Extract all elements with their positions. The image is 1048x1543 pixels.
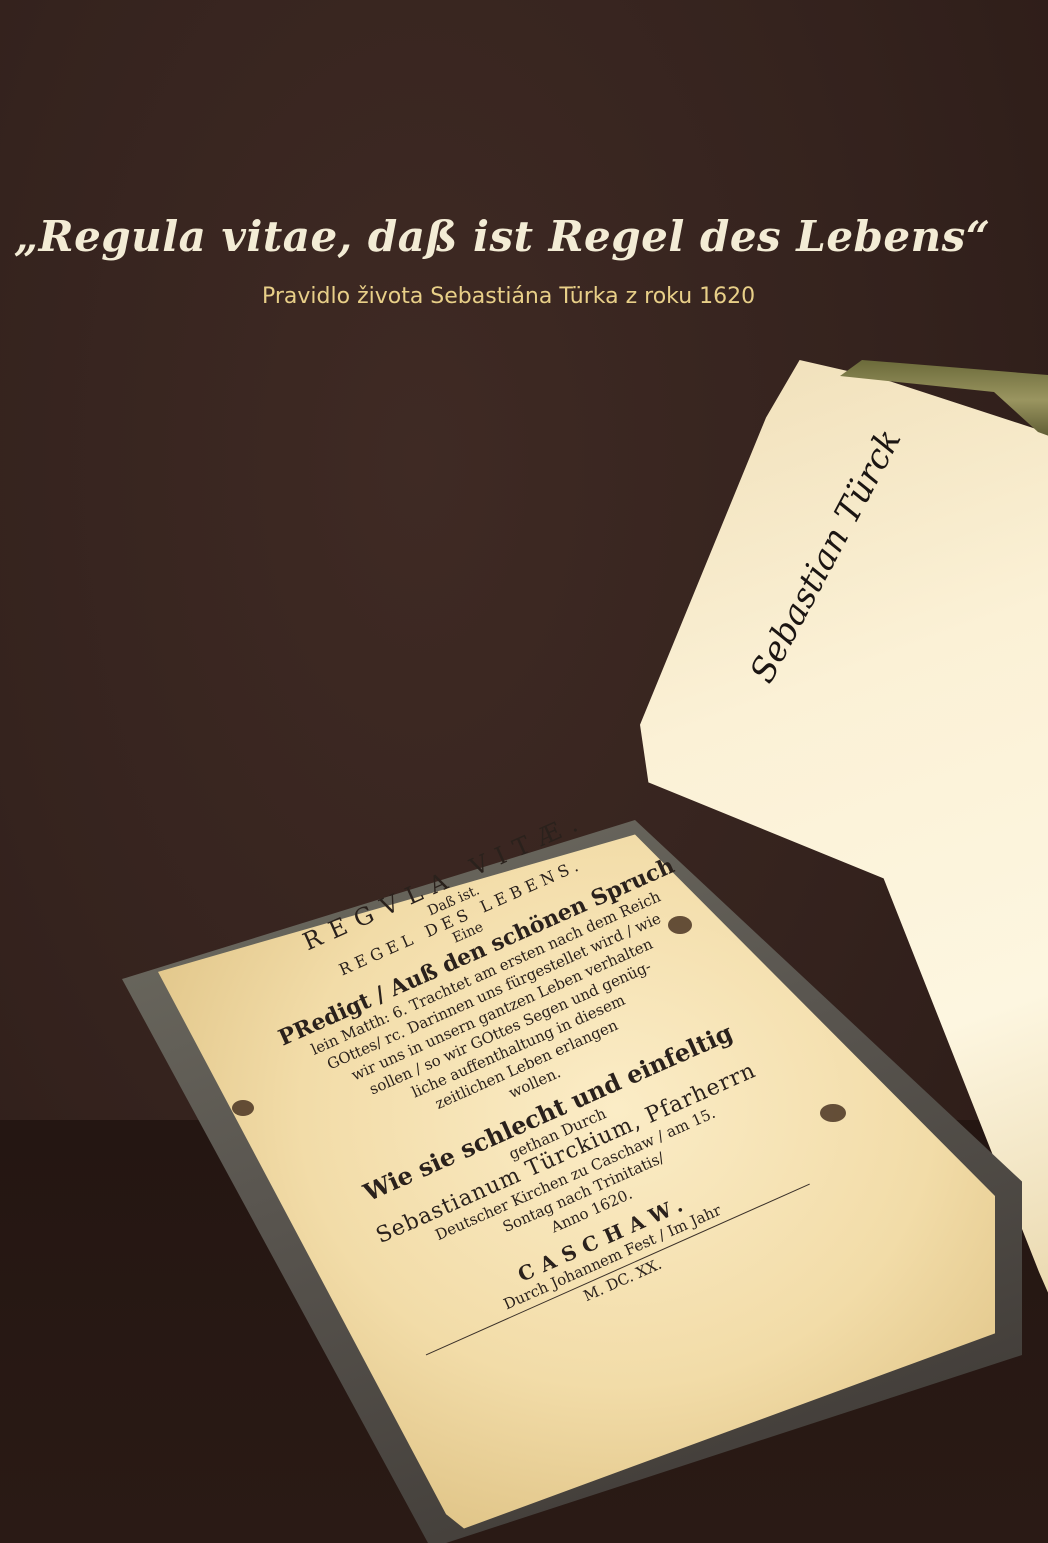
- page-title: „Regula vitae, daß ist Regel des Lebens“: [14, 212, 990, 261]
- page-subtitle: Pravidlo života Sebastiána Türka z roku …: [262, 284, 755, 309]
